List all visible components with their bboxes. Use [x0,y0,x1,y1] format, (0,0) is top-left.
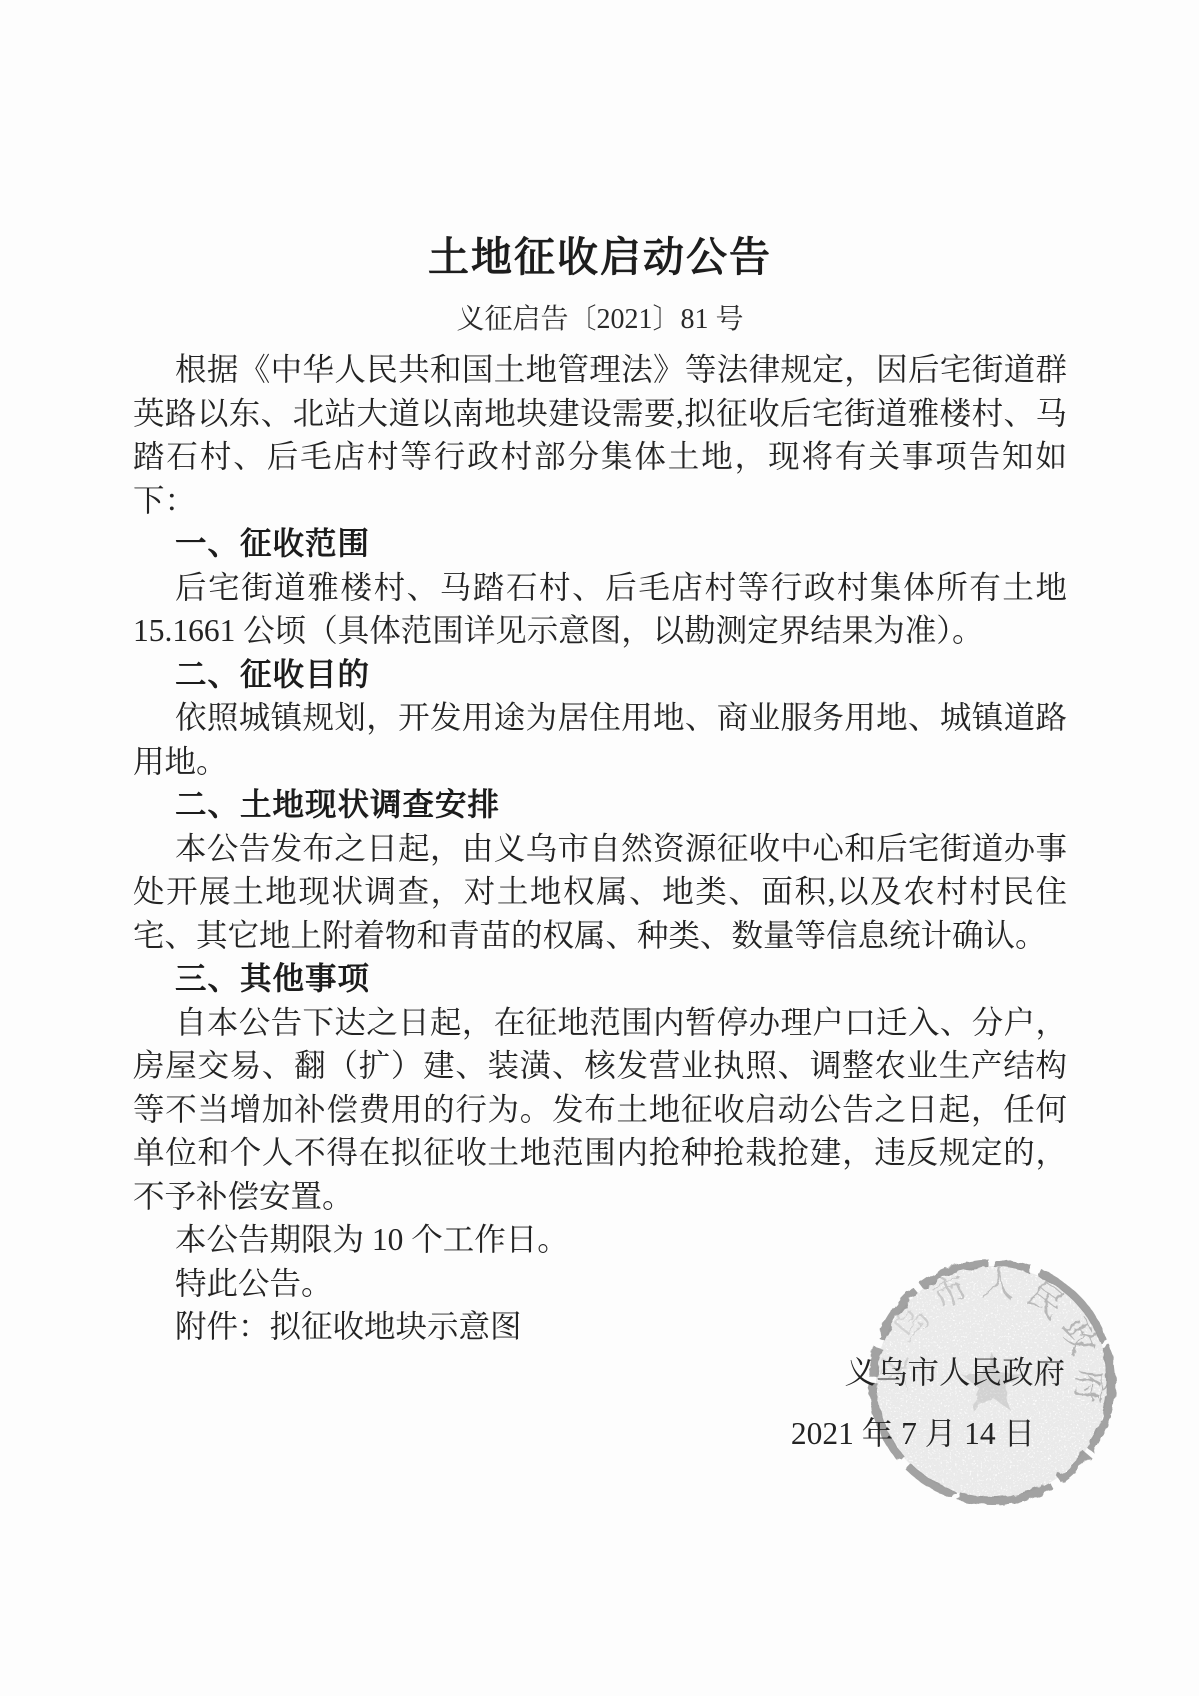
scanned-document-page: 义乌市人民政府 土地征收启动公告 义征启告〔2021〕81 号 根据《中华人民共… [0,0,1199,1696]
body-paragraph: 附件：拟征收地块示意图 [133,1305,1067,1349]
body-paragraph: 后宅街道雅楼村、马踏石村、后毛店村等行政村集体所有土地 15.1661 公顷（具… [133,566,1067,653]
body-paragraph: 本公告发布之日起，由义乌市自然资源征收中心和后宅街道办事处开展土地现状调查，对土… [133,827,1067,958]
document-number: 义征启告〔2021〕81 号 [133,298,1067,342]
document-body: 根据《中华人民共和国土地管理法》等法律规定，因后宅街道群英路以东、北站大道以南地… [133,348,1067,1349]
section-heading: 二、土地现状调查安排 [133,783,1067,827]
document-title: 土地征收启动公告 [133,231,1067,283]
body-paragraph: 根据《中华人民共和国土地管理法》等法律规定，因后宅街道群英路以东、北站大道以南地… [133,348,1067,522]
body-paragraph: 依照城镇规划，开发用途为居住用地、商业服务用地、城镇道路用地。 [133,696,1067,783]
section-heading: 三、其他事项 [133,957,1067,1001]
body-paragraph: 特此公告。 [133,1262,1067,1306]
issue-date: 2021 年 7 月 14 日 [133,1412,1067,1456]
issuer-signature: 义乌市人民政府 [133,1351,1067,1395]
document-content: 土地征收启动公告 义征启告〔2021〕81 号 根据《中华人民共和国土地管理法》… [133,0,1067,1456]
body-paragraph: 自本公告下达之日起，在征地范围内暂停办理户口迁入、分户，房屋交易、翻（扩）建、装… [133,1001,1067,1219]
body-paragraph: 本公告期限为 10 个工作日。 [133,1218,1067,1262]
section-heading: 二、征收目的 [133,653,1067,697]
section-heading: 一、征收范围 [133,522,1067,566]
